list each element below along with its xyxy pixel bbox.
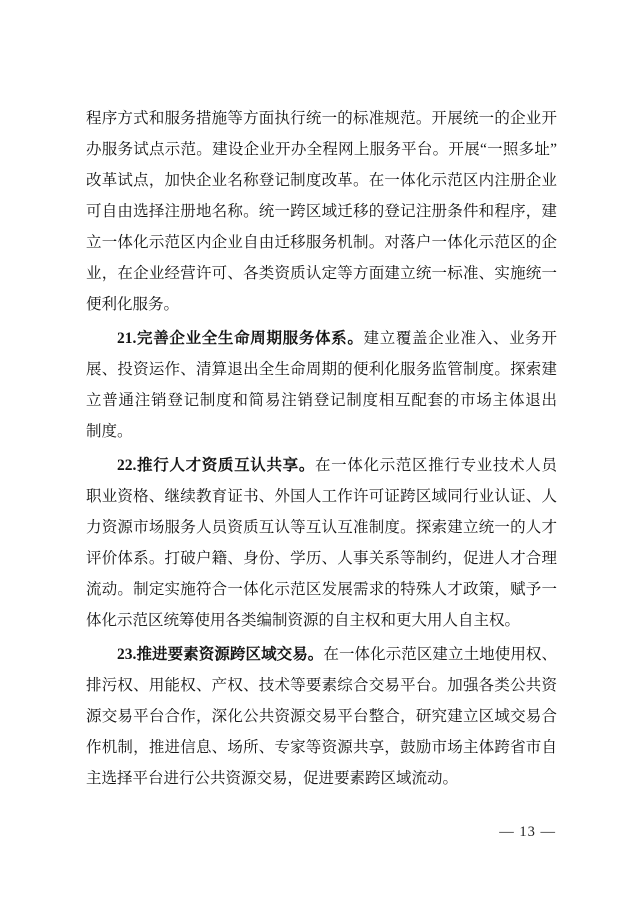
text-line: 便利化服务。 bbox=[86, 289, 557, 320]
text-line: 23.推进要素资源跨区域交易。在一体化示范区建立土地使用权、 bbox=[86, 639, 557, 670]
text-line: 立普通注销登记制度和简易注销登记制度相互配套的市场主体退出 bbox=[86, 385, 557, 416]
text-line: 排污权、用能权、产权、技术等要素综合交易平台。加强各类公共资 bbox=[86, 670, 557, 701]
text-line: 作机制，推进信息、场所、专家等资源共享，鼓励市场主体跨省市自 bbox=[86, 732, 557, 763]
paragraph-item-23: 23.推进要素资源跨区域交易。在一体化示范区建立土地使用权、 排污权、用能权、产… bbox=[86, 639, 557, 794]
item-23-heading: 23.推进要素资源跨区域交易。 bbox=[117, 646, 323, 663]
text-line: 展、投资运作、清算退出全生命周期的便利化服务监管制度。探索建 bbox=[86, 354, 557, 385]
page-number: — 13 — bbox=[499, 822, 556, 842]
text-line: 流动。制定实施符合一体化示范区发展需求的特殊人才政策，赋予一 bbox=[86, 574, 557, 605]
text-line: 源交易平台合作，深化公共资源交易平台整合，研究建立区域交易合 bbox=[86, 701, 557, 732]
paragraph-item-21: 21.完善企业全生命周期服务体系。建立覆盖企业准入、业务开 展、投资运作、清算退… bbox=[86, 323, 557, 447]
text-line: 评价体系。打破户籍、身份、学历、人事关系等制约，促进人才合理 bbox=[86, 543, 557, 574]
text-run: 在一体化示范区建立土地使用权、 bbox=[323, 646, 557, 663]
text-block: 程序方式和服务措施等方面执行统一的标准规范。开展统一的企业开 办服务试点示范。建… bbox=[86, 103, 557, 794]
text-line: 办服务试点示范。建设企业开办全程网上服务平台。开展“一照多址” bbox=[86, 134, 557, 165]
text-line: 力资源市场服务人员资质互认等互认互准制度。探索建立统一的人才 bbox=[86, 512, 557, 543]
text-line: 职业资格、继续教育证书、外国人工作许可证跨区域同行业认证、人 bbox=[86, 481, 557, 512]
document-page: 程序方式和服务措施等方面执行统一的标准规范。开展统一的企业开 办服务试点示范。建… bbox=[0, 0, 640, 905]
item-22-heading: 22.推行人才资质互认共享。 bbox=[117, 457, 315, 474]
text-line: 改革试点，加快企业名称登记制度改革。在一体化示范区内注册企业 bbox=[86, 165, 557, 196]
text-line: 体化示范区统筹使用各类编制资源的自主权和更大用人自主权。 bbox=[86, 605, 557, 636]
text-run: 在一体化示范区推行专业技术人员 bbox=[315, 457, 557, 474]
item-21-heading: 21.完善企业全生命周期服务体系。 bbox=[117, 330, 364, 347]
text-line: 制度。 bbox=[86, 416, 557, 447]
text-line: 21.完善企业全生命周期服务体系。建立覆盖企业准入、业务开 bbox=[86, 323, 557, 354]
text-run: 建立覆盖企业准入、业务开 bbox=[364, 330, 557, 347]
text-line: 业，在企业经营许可、各类资质认定等方面建立统一标准、实施统一 bbox=[86, 258, 557, 289]
text-line: 立一体化示范区内企业自由迁移服务机制。对落户一体化示范区的企 bbox=[86, 227, 557, 258]
paragraph-item-22: 22.推行人才资质互认共享。在一体化示范区推行专业技术人员 职业资格、继续教育证… bbox=[86, 450, 557, 636]
text-line: 程序方式和服务措施等方面执行统一的标准规范。开展统一的企业开 bbox=[86, 103, 557, 134]
text-line: 可自由选择注册地名称。统一跨区域迁移的登记注册条件和程序，建 bbox=[86, 196, 557, 227]
text-line: 主选择平台进行公共资源交易，促进要素跨区域流动。 bbox=[86, 763, 557, 794]
text-line: 22.推行人才资质互认共享。在一体化示范区推行专业技术人员 bbox=[86, 450, 557, 481]
paragraph-continuation: 程序方式和服务措施等方面执行统一的标准规范。开展统一的企业开 办服务试点示范。建… bbox=[86, 103, 557, 320]
